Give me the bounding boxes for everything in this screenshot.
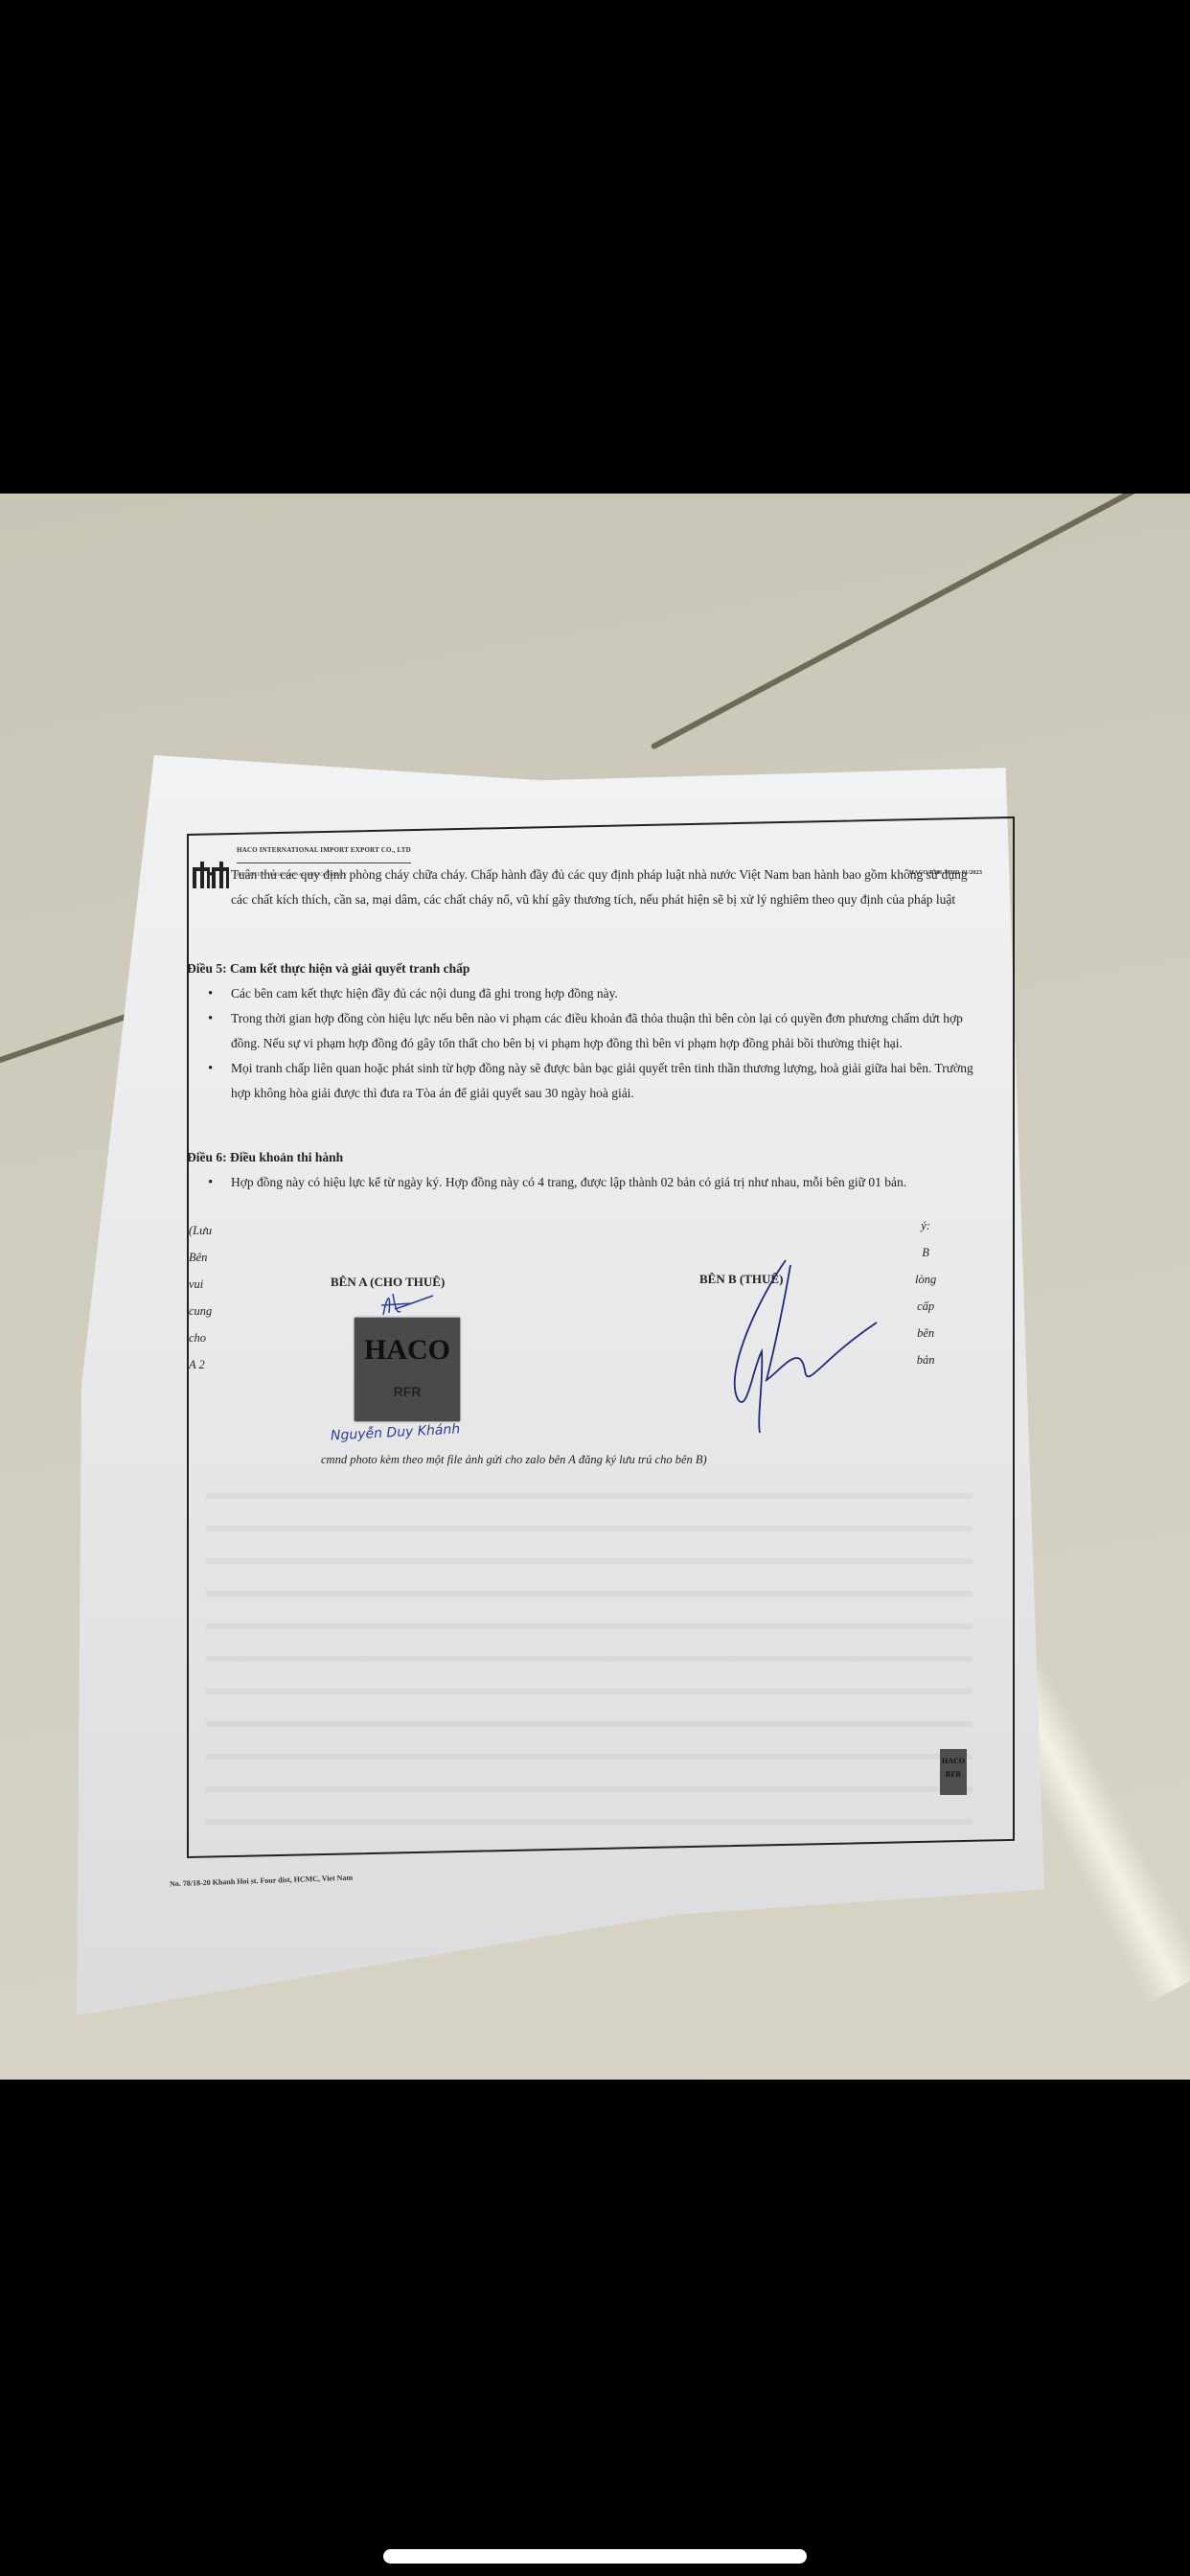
note-word: bên [915, 1320, 936, 1346]
article-5: Điều 5: Cam kết thực hiện và giải quyết … [187, 956, 982, 1106]
note-word: cho [189, 1324, 212, 1351]
bullet-item: Trong thời gian hợp đồng còn hiệu lực nế… [187, 1006, 982, 1056]
note-word: A 2 [189, 1351, 212, 1378]
note-word: bản [915, 1346, 936, 1373]
note-word: vui [189, 1271, 212, 1298]
article-6-title: Điều 6: Điều khoản thi hành [187, 1145, 982, 1170]
corner-stamp-subtitle: RFR [940, 1768, 967, 1782]
corner-stamp: HACO RFR [940, 1749, 967, 1795]
bullet-item: Hợp đồng này có hiệu lực kể từ ngày ký. … [187, 1170, 982, 1195]
article-5-title: Điều 5: Cam kết thực hiện và giải quyết … [187, 956, 982, 981]
stamp-subtitle: RFR [355, 1379, 460, 1404]
company-stamp: HACO RFR [355, 1318, 460, 1421]
bullet-item: Tuân thủ các quy định phòng cháy chữa ch… [187, 862, 982, 912]
floor-tile-seam [651, 494, 1190, 750]
company-name: HACO INTERNATIONAL IMPORT EXPORT CO., LT… [237, 838, 411, 863]
note-left-column: (Lưu Bên vui cung cho A 2 [189, 1217, 212, 1378]
party-b-signature-icon [695, 1255, 886, 1437]
note-word: (Lưu [189, 1217, 212, 1244]
bullet-item: Các bên cam kết thực hiện đầy đủ các nội… [187, 981, 982, 1006]
note-word: cung [189, 1298, 212, 1324]
bleed-through-text [206, 1466, 973, 1830]
corner-stamp-title: HACO [940, 1755, 967, 1768]
note-word: cấp [915, 1293, 936, 1320]
stamp-title: HACO [355, 1335, 460, 1366]
note-word: B [915, 1239, 936, 1266]
note-word: Bên [189, 1244, 212, 1271]
note-word: ý: [915, 1212, 936, 1239]
intro-section: Tuân thủ các quy định phòng cháy chữa ch… [187, 862, 982, 912]
party-a-handwritten-name: Nguyễn Duy Khánh [330, 1416, 460, 1448]
note-right-column: ý: B lòng cấp bên bản [915, 1212, 936, 1373]
note-word: lòng [915, 1266, 936, 1293]
article-6: Điều 6: Điều khoản thi hành Hợp đồng này… [187, 1145, 982, 1195]
contract-page: HACO INTERNATIONAL IMPORT EXPORT CO., LT… [187, 834, 1011, 1854]
bullet-item: Mọi tranh chấp liên quan hoặc phát sinh … [187, 1056, 982, 1106]
home-indicator[interactable] [383, 2549, 807, 2564]
